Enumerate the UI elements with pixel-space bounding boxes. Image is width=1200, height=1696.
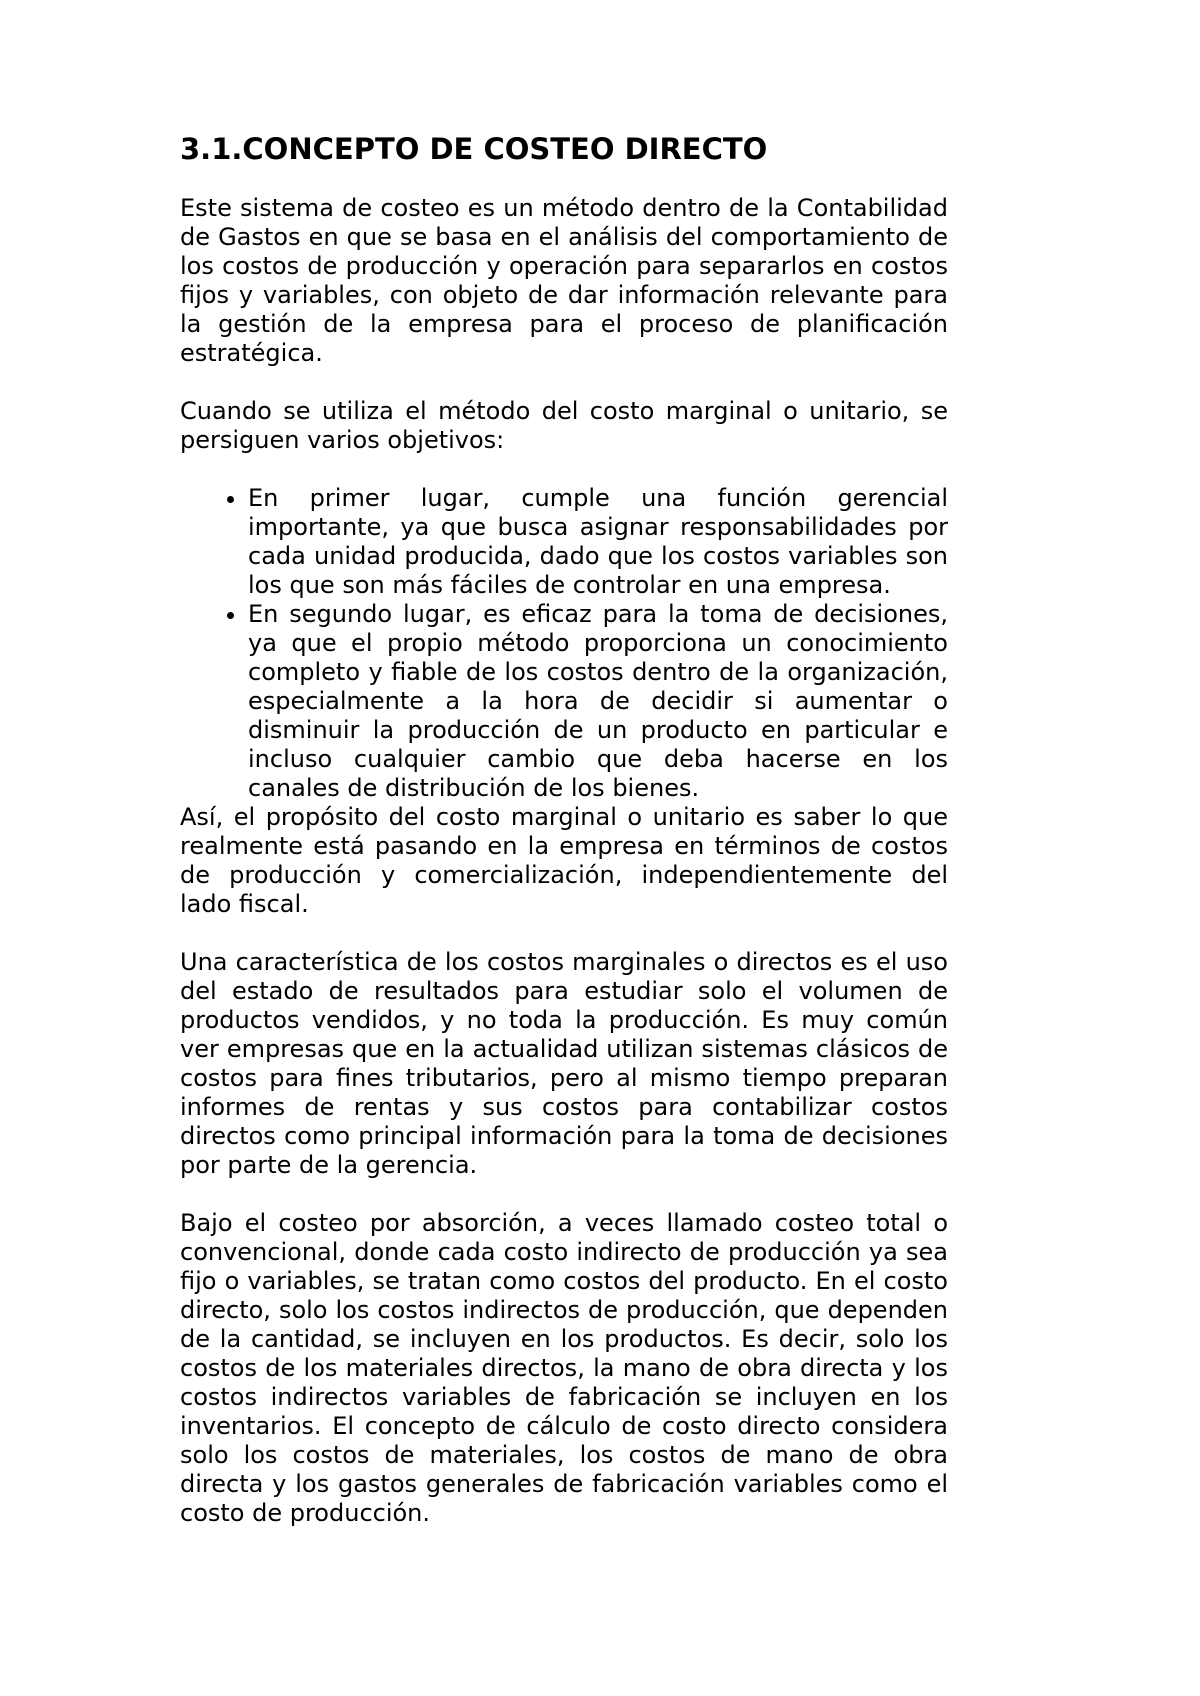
objectives-list: En primer lugar, cumple una función gere… bbox=[180, 484, 948, 803]
paragraph-objectives-lead: Cuando se utiliza el método del costo ma… bbox=[180, 397, 948, 455]
paragraph-intro: Este sistema de costeo es un método dent… bbox=[180, 194, 948, 368]
objective-item-second: En segundo lugar, es eficaz para la toma… bbox=[248, 600, 948, 803]
document-page: 3.1.CONCEPTO DE COSTEO DIRECTO Este sist… bbox=[0, 0, 1200, 1696]
section-heading: 3.1.CONCEPTO DE COSTEO DIRECTO bbox=[180, 130, 948, 168]
objective-item-first: En primer lugar, cumple una función gere… bbox=[248, 484, 948, 600]
paragraph-purpose: Así, el propósito del costo marginal o u… bbox=[180, 803, 948, 919]
paragraph-absorption: Bajo el costeo por absorción, a veces ll… bbox=[180, 1209, 948, 1528]
document-content: 3.1.CONCEPTO DE COSTEO DIRECTO Este sist… bbox=[180, 130, 948, 1557]
paragraph-characteristic: Una característica de los costos margina… bbox=[180, 948, 948, 1180]
